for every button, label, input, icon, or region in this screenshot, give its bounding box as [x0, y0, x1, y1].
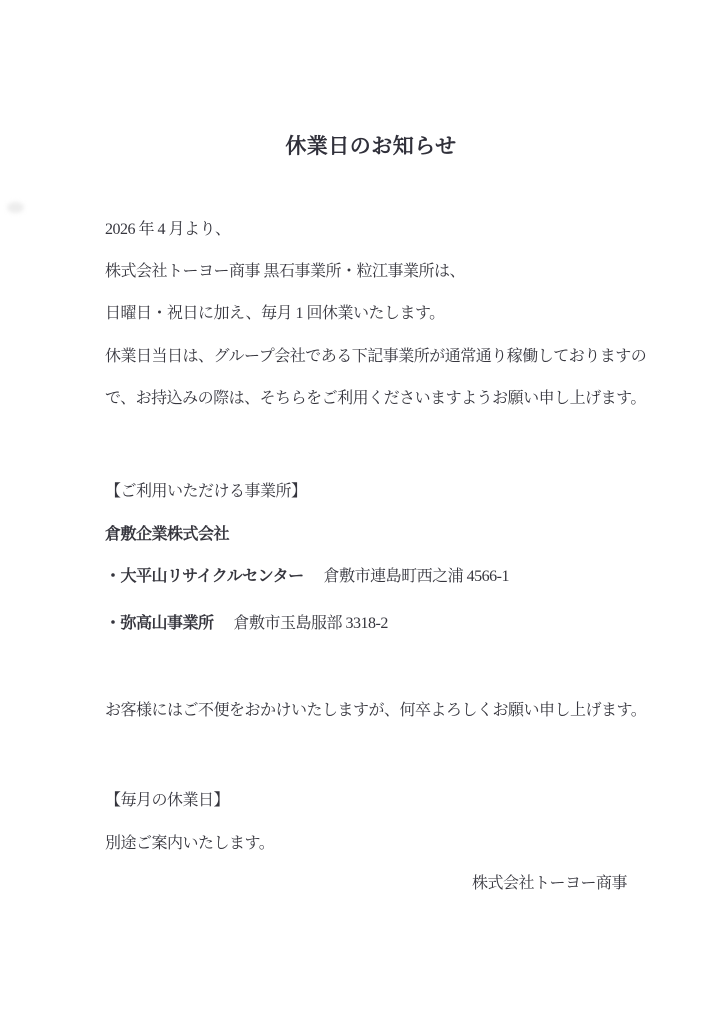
office-item: ・弥高山事業所 倉敷市玉島服部 3318-2 [105, 616, 388, 633]
office-item: ・大平山リサイクルセンター 倉敷市連島町西之浦 4566-1 [105, 569, 509, 586]
intro-line-closure-schedule: 日曜日・祝日に加え、毎月 1 回休業いたします。 [105, 306, 445, 323]
office-address: 倉敷市連島町西之浦 4566-1 [324, 569, 509, 586]
intro-line-group-company-2: で、お持込みの際は、そちらをご利用くださいますようお願い申し上げます。 [105, 391, 646, 408]
available-offices-heading: 【ご利用いただける事業所】 [105, 484, 307, 501]
office-address: 倉敷市玉島服部 3318-2 [234, 616, 388, 633]
group-company-name: 倉敷企業株式会社 [105, 527, 229, 544]
intro-line-group-company-1: 休業日当日は、グループ会社である下記事業所が通常通り稼働しておりますの [105, 349, 646, 366]
monthly-holiday-heading: 【毎月の休業日】 [105, 793, 229, 810]
apology-line: お客様にはご不便をおかけいたしますが、何卒よろしくお願い申し上げます。 [105, 703, 646, 720]
scan-artifact [7, 202, 24, 213]
intro-line-date: 2026 年 4 月より、 [105, 222, 231, 239]
monthly-holiday-note: 別途ご案内いたします。 [105, 836, 274, 853]
signature-company: 株式会社トーヨー商事 [472, 876, 627, 893]
office-name: ・大平山リサイクルセンター [105, 569, 304, 586]
document-title: 休業日のお知らせ [105, 130, 637, 160]
intro-line-company-offices: 株式会社トーヨー商事 黒石事業所・粒江事業所は、 [105, 264, 465, 281]
notice-document-page: 休業日のお知らせ 2026 年 4 月より、 株式会社トーヨー商事 黒石事業所・… [0, 0, 724, 1024]
office-name: ・弥高山事業所 [105, 616, 214, 633]
